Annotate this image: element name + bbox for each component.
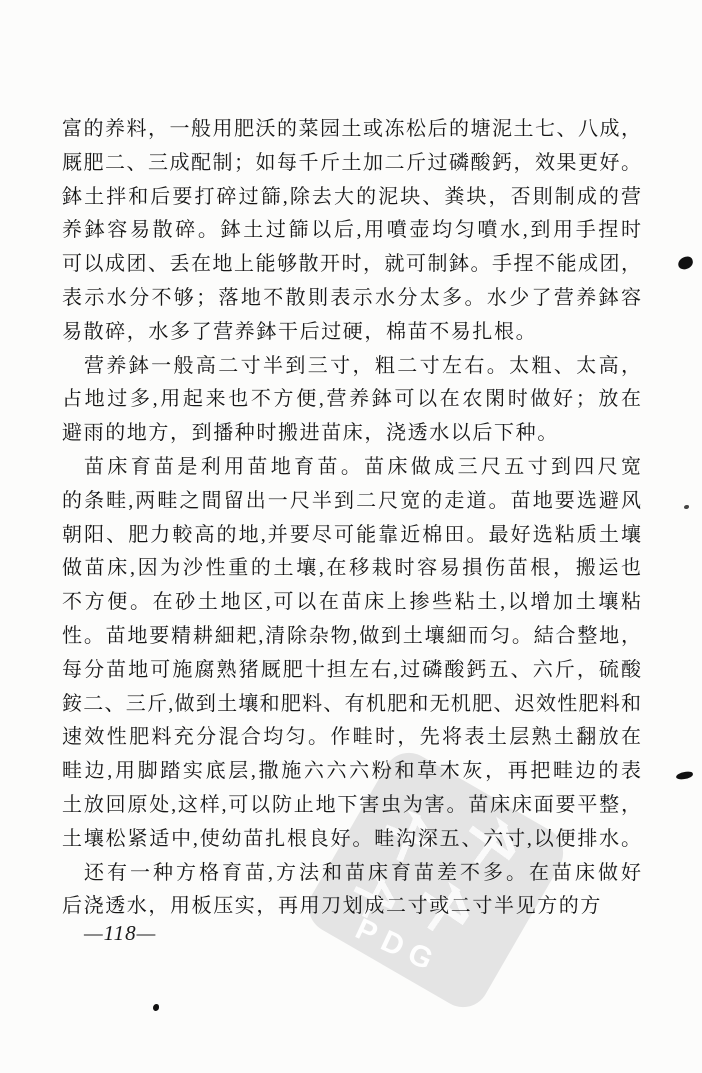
text-line: 每分苗地可施腐熟猪厩肥十担左右,过磷酸鈣五、六斤，硫酸 — [62, 654, 641, 688]
scanned-book-page: PDG 富的养料，一般用肥沃的菜园土或冻松后的塘泥土七、八成，厩肥二、三成配制；… — [0, 0, 702, 1073]
text-line: 鉢土拌和后要打碎过篩,除去大的泥块、粪块，否則制成的营 — [62, 181, 641, 215]
text-block: 富的养料，一般用肥沃的菜园土或冻松后的塘泥土七、八成，厩肥二、三成配制；如每千斤… — [62, 113, 641, 924]
text-line: 可以成团、丢在地上能够散开时，就可制鉢。手捏不能成团， — [62, 248, 641, 282]
text-line: 还有一种方格育苗,方法和苗床育苗差不多。在苗床做好 — [62, 857, 641, 891]
text-line: 土壤松紧适中,使幼苗扎根良好。畦沟深五、六寸,以便排水。 — [62, 823, 641, 857]
ink-speck — [684, 505, 689, 509]
text-line: 厩肥二、三成配制；如每千斤土加二斤过磷酸鈣，效果更好。 — [62, 147, 641, 181]
ink-speck — [676, 771, 694, 780]
text-line: 速效性肥料充分混合均匀。作畦时，先将表土层熟土翻放在 — [62, 721, 641, 755]
text-line: 富的养料，一般用肥沃的菜园土或冻松后的塘泥土七、八成， — [62, 113, 641, 147]
text-line: 銨二、三斤,做到土壤和肥料、有机肥和无机肥、迟效性肥料和 — [62, 688, 641, 722]
text-line: 营养鉢一般高二寸半到三寸，粗二寸左右。太粗、太高， — [62, 350, 641, 384]
text-line: 朝阳、肥力較高的地,并要尽可能靠近棉田。最好选粘质土壤 — [62, 519, 641, 553]
text-line: 养鉢容易散碎。鉢土过篩以后,用噴壶均匀噴水,到用手捏时 — [62, 214, 641, 248]
text-line: 性。苗地要精耕細耙,清除杂物,做到土壤細而匀。結合整地， — [62, 620, 641, 654]
ink-speck — [677, 255, 695, 270]
text-line: 苗床育苗是利用苗地育苗。苗床做成三尺五寸到四尺宽 — [62, 451, 641, 485]
ink-speck — [153, 1004, 159, 1011]
text-line: 后浇透水，用板压实，再用刀划成二寸或二寸半见方的方格。 — [62, 890, 641, 924]
page-number: —118— — [84, 921, 156, 946]
text-line: 占地过多,用起来也不方便,营养鉢可以在农閑时做好；放在 — [62, 383, 641, 417]
text-line: 不方便。在砂土地区,可以在苗床上掺些粘土,以增加土壤粘 — [62, 586, 641, 620]
text-line: 避雨的地方，到播种时搬进苗床，浇透水以后下种。 — [62, 417, 641, 451]
text-line: 的条畦,两畦之間留出一尺半到二尺宽的走道。苗地要选避风 — [62, 485, 641, 519]
text-line: 表示水分不够；落地不散則表示水分太多。水少了营养鉢容 — [62, 282, 641, 316]
text-line: 做苗床,因为沙性重的土壤,在移栽时容易損伤苗根，搬运也 — [62, 552, 641, 586]
text-line: 易散碎，水多了营养鉢干后过硬，棉苗不易扎根。 — [62, 316, 641, 350]
text-line: 土放回原处,这样,可以防止地下害虫为害。苗床床面要平整， — [62, 789, 641, 823]
text-line: 畦边,用脚踏实底层,撒施六六六粉和草木灰，再把畦边的表 — [62, 755, 641, 789]
